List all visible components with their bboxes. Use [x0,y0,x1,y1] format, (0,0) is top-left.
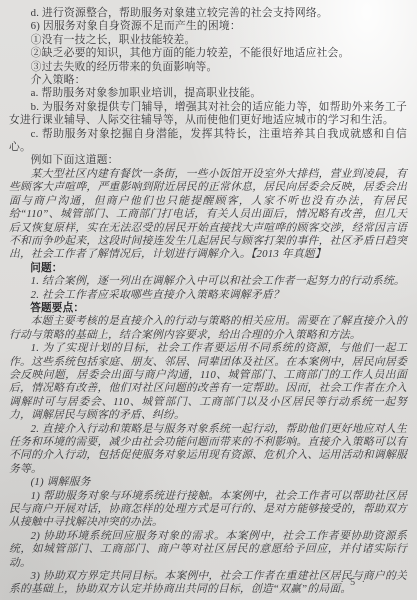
list-item-resource-integration: d. 进行资源整合，帮助服务对象建立较完善的社会支持网络。 [9,7,407,20]
strategy-item-a: a. 帮助服务对象参加职业培训，提高职业技能。 [9,87,407,100]
intervention-strategy-label: 介入策略： [9,74,407,87]
strategy-item-b: b. 为服务对象提供专门辅导，增强其对社会的适应能力等，如帮助外来务工子女进行课… [9,101,407,128]
mediation-service-subheading: (1) 调解服务 [9,476,407,489]
question-2: 2. 社会工作者应采取哪些直接介入策略来调解矛盾？ [9,289,407,302]
answer-points-heading: 答题要点： [9,302,407,315]
strategy-item-c: c. 帮助服务对象挖掘自身潜能，发挥其特长，注重培养其自我成就感和自信心。 [9,128,407,155]
mediation-step-1: 1) 帮助服务对象与环境系统进行接触。本案例中，社会工作者可以帮助社区居民与商户… [9,490,407,530]
answer-overview: 本题主要考核的是直接介入的行动与策略的相关应用。需要在了解直接介入的行动与策略的… [9,315,407,342]
mediation-step-2: 2) 协助环境系统回应服务对象的需求。本案例中，社会工作者要协助资源系统，如城管… [9,530,407,570]
sub-item-3: ③过去失败的经历带来的负面影响等。 [9,61,407,74]
sub-item-2: ②缺乏必要的知识，其他方面的能力较差，不能很好地适应社会。 [9,47,407,60]
questions-heading: 问题： [9,262,407,275]
answer-point-1: 1. 为了实现计划的目标，社会工作者要运用不同系统的资源，与他们一起工作。这些系… [9,342,407,422]
example-intro: 例如下面这道题： [9,154,407,167]
sub-item-1: ①没有一技之长，职业技能较差。 [9,34,407,47]
page-number: · 5 · [340,577,367,588]
answer-point-2: 2. 直接介入行动和策略是与服务对象系统一起行动，帮助他们更好地应对人生任务和环… [9,423,407,477]
list-item-insufficient-resources: 6) 因服务对象自身资源不足而产生的困境： [9,20,407,33]
question-1: 1. 结合案例，逐一列出在调解介入中可以和社会工作者一起努力的行动系统。 [9,275,407,288]
scanned-textbook-page: d. 进行资源整合，帮助服务对象建立较完善的社会支持网络。 6) 因服务对象自身… [0,0,417,600]
case-description: 某大型社区内建有餐饮一条街，一些小饭馆开设室外大排档，营业到凌晨，有些顾客大声喧… [9,168,407,262]
